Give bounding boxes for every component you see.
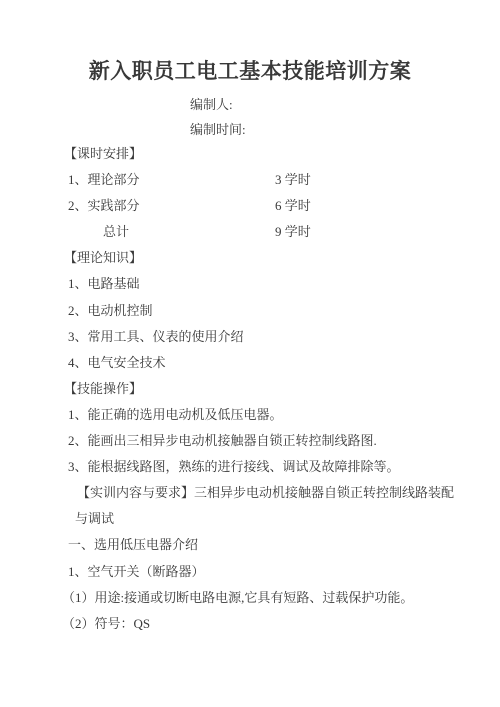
doc-line: （1）用途:接通或切断电路电源,它具有短路、过载保护功能。 [0, 585, 500, 611]
doc-line: 一、选用低压电器介绍 [0, 532, 500, 558]
doc-line: （2）符号：QS [0, 611, 500, 637]
doc-line: 4、电气安全技术 [0, 350, 500, 376]
doc-line: 【实训内容与要求】三相异步电动机接触器自锁正转控制线路装配 [0, 480, 500, 506]
document-page: 新入职员工电工基本技能培训方案 编制人: 编制时间: 【课时安排】1、理论部分3… [0, 0, 500, 707]
hours-label: 1、理论部分 [68, 172, 140, 187]
hours-label: 总计 [103, 224, 129, 239]
doc-line: 3、常用工具、仪表的使用介绍 [0, 324, 500, 350]
hours-label: 2、实践部分 [68, 198, 140, 213]
doc-line: 3、能根据线路图，熟练的进行接线、调试及故障排除等。 [0, 454, 500, 480]
doc-line: 总计9 学时 [0, 219, 500, 245]
doc-line: 1、电路基础 [0, 271, 500, 297]
doc-line: 与调试 [0, 506, 500, 532]
date-label: 编制时间: [0, 122, 500, 138]
doc-line: 2、电动机控制 [0, 298, 500, 324]
doc-line: 2、能画出三相异步电动机接触器自锁正转控制线路图. [0, 428, 500, 454]
doc-line: 1、能正确的选用电动机及低压电器。 [0, 402, 500, 428]
doc-line: 【课时安排】 [0, 141, 500, 167]
hours-value: 9 学时 [275, 219, 311, 245]
doc-line: 1、空气开关（断路器） [0, 559, 500, 585]
doc-line: 【技能操作】 [0, 376, 500, 402]
doc-line: 【理论知识】 [0, 245, 500, 271]
document-title: 新入职员工电工基本技能培训方案 [0, 0, 500, 86]
doc-line: 2、实践部分6 学时 [0, 193, 500, 219]
hours-value: 3 学时 [275, 167, 311, 193]
doc-line: 1、理论部分3 学时 [0, 167, 500, 193]
author-label: 编制人: [0, 97, 500, 113]
hours-value: 6 学时 [275, 193, 311, 219]
document-lines: 【课时安排】1、理论部分3 学时2、实践部分6 学时总计9 学时【理论知识】1、… [0, 141, 500, 637]
